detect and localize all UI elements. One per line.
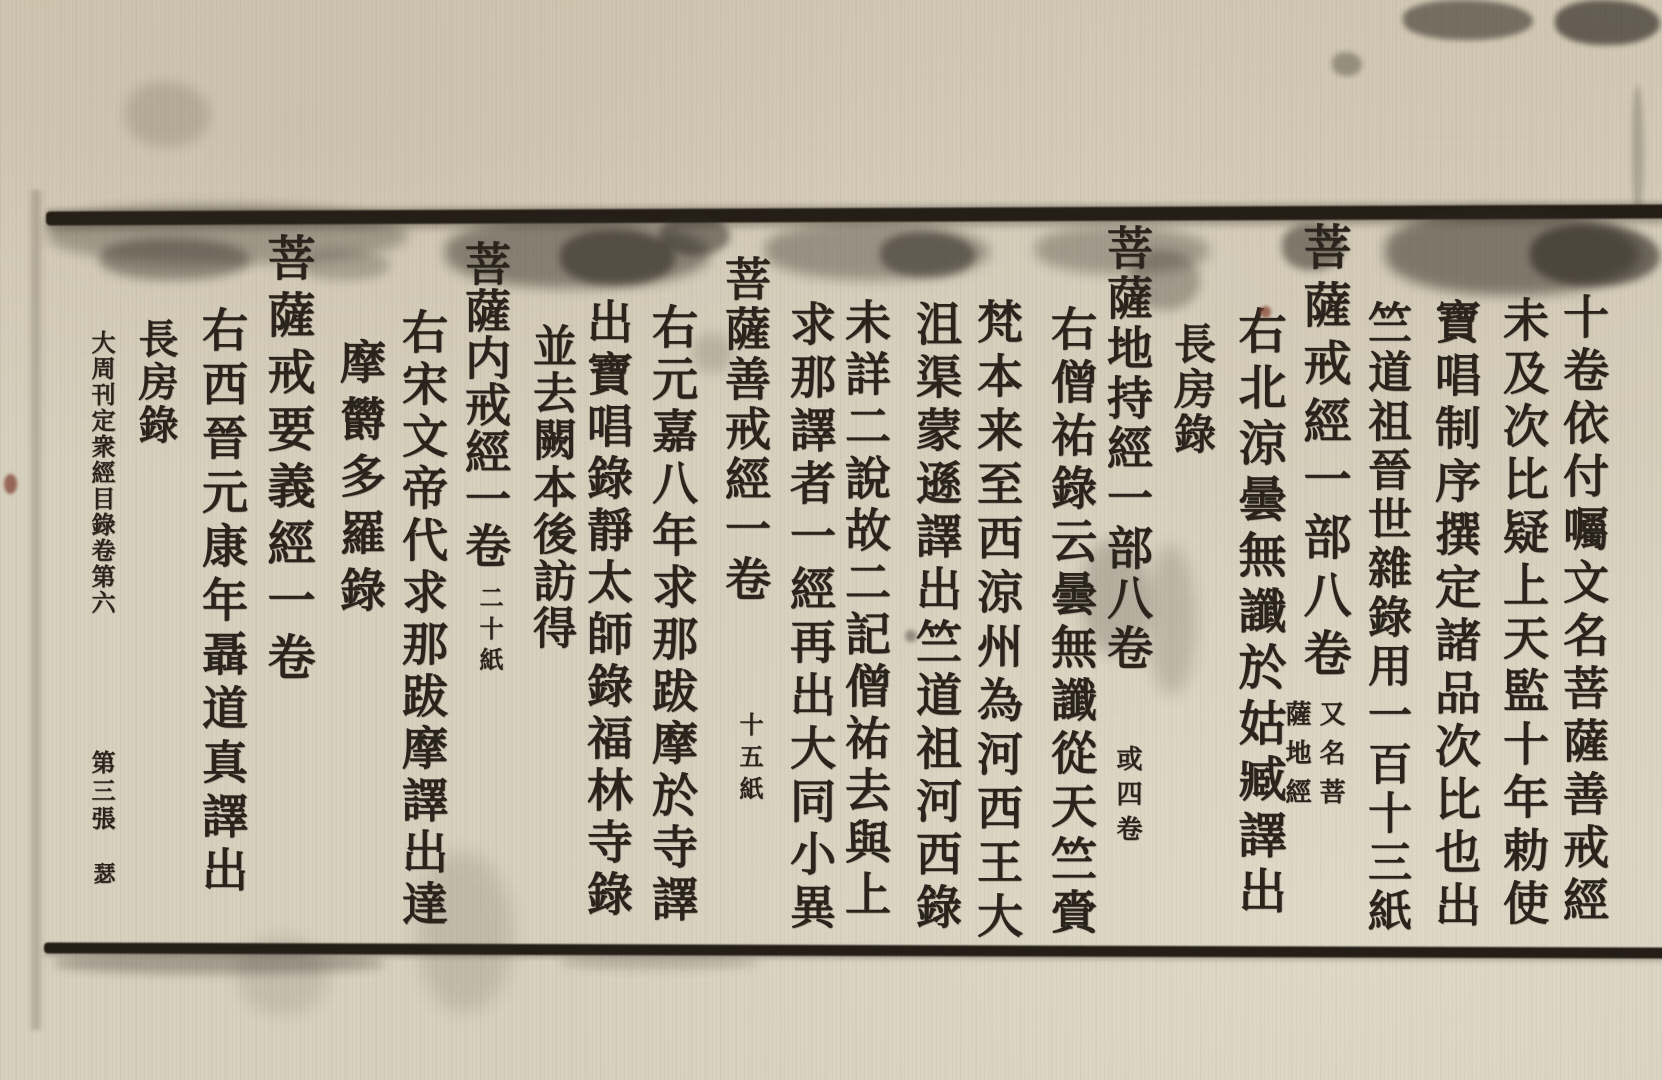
ink-smudge (1555, 0, 1660, 45)
body-column-col-17: 並去闕本後訪得 (518, 323, 582, 652)
source-note-column-col-23: 長房錄 (127, 318, 184, 447)
body-column-col-3: 寶唱制序撰定諸品次比也出 (1422, 298, 1488, 934)
ink-smudge (1082, 540, 1150, 655)
source-note-column-col-22: 右西晉元康年聶道真譯出 (189, 306, 255, 900)
red-stain (4, 474, 17, 494)
entry-title-column-col-5: 菩薩戒經一部八卷 (1289, 222, 1358, 686)
ink-smudge (905, 630, 917, 642)
ink-smudge (1403, 0, 1533, 40)
ink-smudge (560, 230, 675, 285)
body-column-col-16: 出寶唱錄靜太師錄福林寺錄 (574, 298, 640, 922)
inline-note-column-col-8-note: 或四卷 (1109, 745, 1146, 850)
source-note-column-col-19: 右宋文帝代求那跋摩譯出達 (389, 308, 455, 932)
ink-smudge (100, 238, 250, 280)
body-column-col-11: 沮渠蒙遜譯出竺道祖河西錄 (903, 300, 969, 936)
ink-smudge (55, 952, 385, 974)
entry-title-column-col-21: 菩薩戒要義經一卷 (253, 233, 322, 689)
source-note-column-col-15: 右元嘉八年求那跋摩於寺譯 (639, 303, 705, 927)
ink-smudge (418, 852, 513, 1012)
ink-smudge (238, 935, 328, 1015)
ink-smudge (1530, 224, 1660, 286)
body-column-col-13: 求那譯者一經再出大同小異 (777, 300, 843, 936)
ink-smudge (693, 333, 733, 373)
ink-smudge (880, 232, 975, 277)
entry-title-column-col-18: 菩薩内戒經一卷 (452, 240, 518, 569)
ink-smudge (1282, 224, 1344, 270)
ink-smudge (660, 215, 730, 255)
colophon-column-col-24: 大周刊定衆經目錄卷第六 (84, 330, 119, 616)
body-column-col-4: 竺道祖晉世雜錄用一百十三紙 (1353, 300, 1417, 937)
manuscript-page: 十卷依付囑文名菩薩善戒經未及次比疑上天監十年勅使寶唱制序撰定諸品次比也出竺道祖晉… (0, 0, 1662, 1080)
paper-crease (28, 190, 44, 1030)
ink-smudge (1632, 85, 1644, 215)
colophon-column-col-26: 瑟 (88, 862, 119, 886)
ink-smudge (125, 82, 210, 147)
body-column-col-1: 十卷依付囑文名菩薩善戒經 (1550, 293, 1616, 929)
inline-note-column-col-5-note-a: 又名菩 (1312, 700, 1349, 817)
body-column-col-2: 未及次比疑上天監十年勅使 (1490, 296, 1556, 932)
source-note-column-col-20: 摩欝多羅錄 (327, 338, 393, 623)
source-note-column-col-6: 右北涼曇無讖於姑臧譯出 (1224, 306, 1293, 922)
body-column-col-10: 梵本来至西涼州為河西王大 (964, 298, 1030, 946)
inline-note-column-col-14-note: 十五紙 (732, 712, 767, 808)
inline-note-column-col-18-note: 二十紙 (472, 585, 507, 678)
ink-smudge (1130, 250, 1200, 310)
colophon-column-col-25: 第三張 (84, 750, 119, 834)
ink-smudge (1148, 545, 1196, 695)
red-stain (1260, 306, 1271, 318)
ink-smudge (1332, 52, 1362, 76)
entry-title-column-col-14: 菩薩善戒經一卷 (712, 255, 778, 605)
ink-smudge (300, 250, 390, 280)
source-note-column-col-7: 長房錄 (1162, 322, 1222, 457)
ink-smudge (560, 955, 760, 969)
